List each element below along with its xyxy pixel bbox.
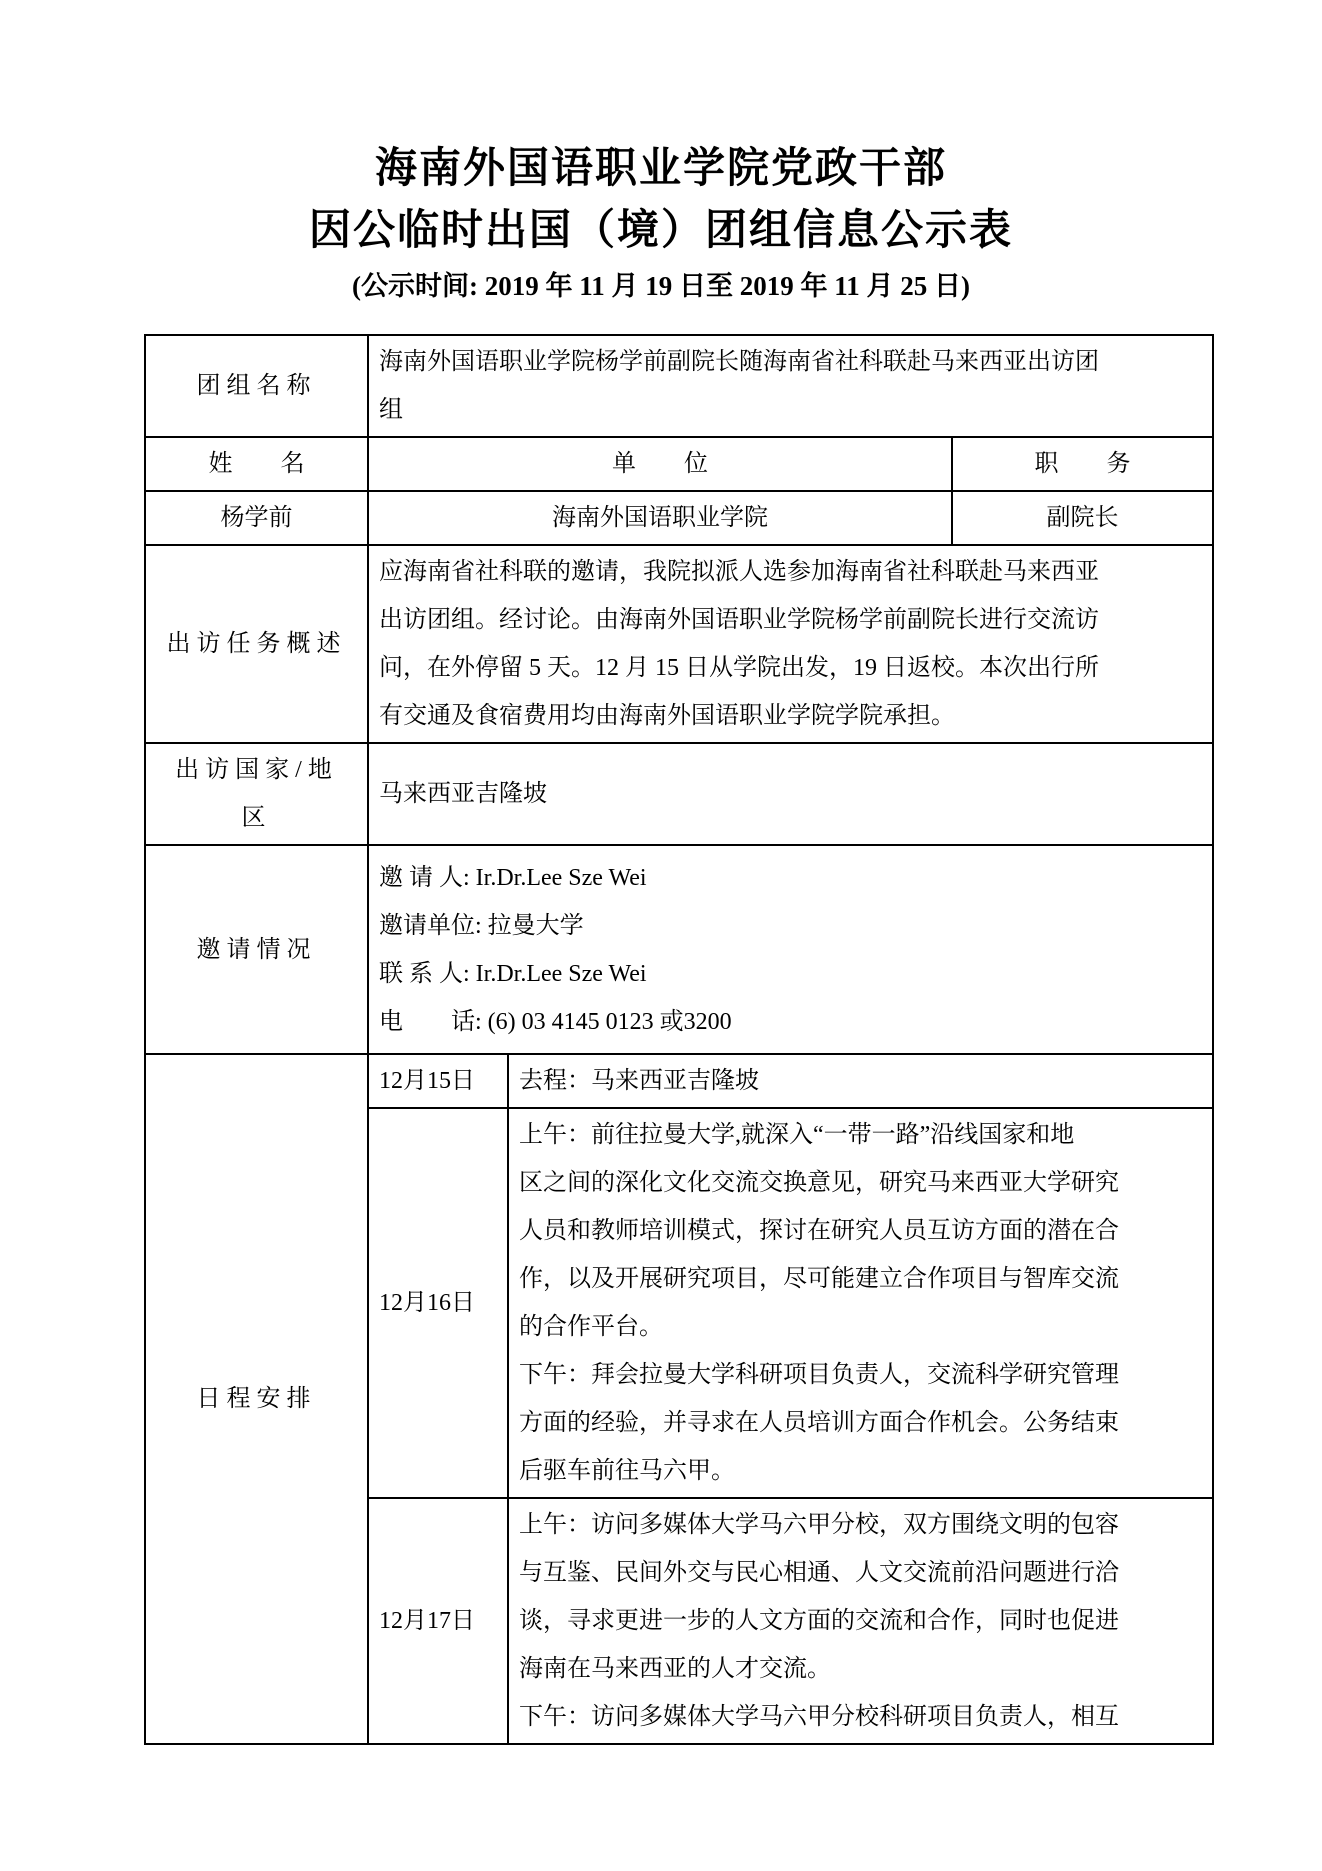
destination-label: 出访国家/地 区 [145,743,368,845]
member-name: 杨学前 [145,491,368,545]
invitation-value: 邀 请 人: Ir.Dr.Lee Sze Wei 邀请单位: 拉曼大学 联 系 … [368,845,1213,1054]
row-members-header: 姓 名 单 位 职 务 [145,437,1213,491]
row-member: 杨学前 海南外国语职业学院 副院长 [145,491,1213,545]
row-task-overview: 出访任务概述 应海南省社科联的邀请，我院拟派人选参加海南省社科联赴马来西亚 出访… [145,545,1213,743]
invitation-label: 邀请情况 [145,845,368,1054]
member-title: 副院长 [952,491,1213,545]
schedule-content-3: 上午：访问多媒体大学马六甲分校，双方围绕文明的包容 与互鉴、民间外交与民心相通、… [508,1498,1213,1744]
member-unit: 海南外国语职业学院 [368,491,952,545]
schedule-date-2: 12月16日 [368,1108,508,1498]
row-group-name: 团组名称 海南外国语职业学院杨学前副院长随海南省社科联赴马来西亚出访团 组 [145,335,1213,437]
schedule-date-3: 12月17日 [368,1498,508,1744]
task-overview-value: 应海南省社科联的邀请，我院拟派人选参加海南省社科联赴马来西亚 出访团组。经讨论。… [368,545,1213,743]
group-info-table: 团组名称 海南外国语职业学院杨学前副院长随海南省社科联赴马来西亚出访团 组 姓 … [144,334,1214,1745]
schedule-content-1: 去程：马来西亚吉隆坡 [508,1054,1213,1108]
row-invitation: 邀请情况 邀 请 人: Ir.Dr.Lee Sze Wei 邀请单位: 拉曼大学… [145,845,1213,1054]
title-line-2: 因公临时出国（境）团组信息公示表 [127,200,1195,262]
group-name-label: 团组名称 [145,335,368,437]
destination-value: 马来西亚吉隆坡 [368,743,1213,845]
schedule-label: 日程安排 [145,1054,368,1744]
members-header-name: 姓 名 [145,437,368,491]
document-page: 海南外国语职业学院党政干部 因公临时出国（境）团组信息公示表 (公示时间: 20… [0,0,1322,1871]
task-overview-label: 出访任务概述 [145,545,368,743]
members-header-unit: 单 位 [368,437,952,491]
title-line-1: 海南外国语职业学院党政干部 [127,138,1195,200]
publicity-period: (公示时间: 2019 年 11 月 19 日至 2019 年 11 月 25 … [127,266,1195,306]
members-header-title: 职 务 [952,437,1213,491]
group-name-value: 海南外国语职业学院杨学前副院长随海南省社科联赴马来西亚出访团 组 [368,335,1213,437]
row-destination: 出访国家/地 区 马来西亚吉隆坡 [145,743,1213,845]
schedule-date-1: 12月15日 [368,1054,508,1108]
document-header: 海南外国语职业学院党政干部 因公临时出国（境）团组信息公示表 (公示时间: 20… [127,138,1195,306]
row-schedule-day1: 日程安排 12月15日 去程：马来西亚吉隆坡 [145,1054,1213,1108]
schedule-content-2: 上午：前往拉曼大学,就深入“一带一路”沿线国家和地 区之间的深化文化交流交换意见… [508,1108,1213,1498]
